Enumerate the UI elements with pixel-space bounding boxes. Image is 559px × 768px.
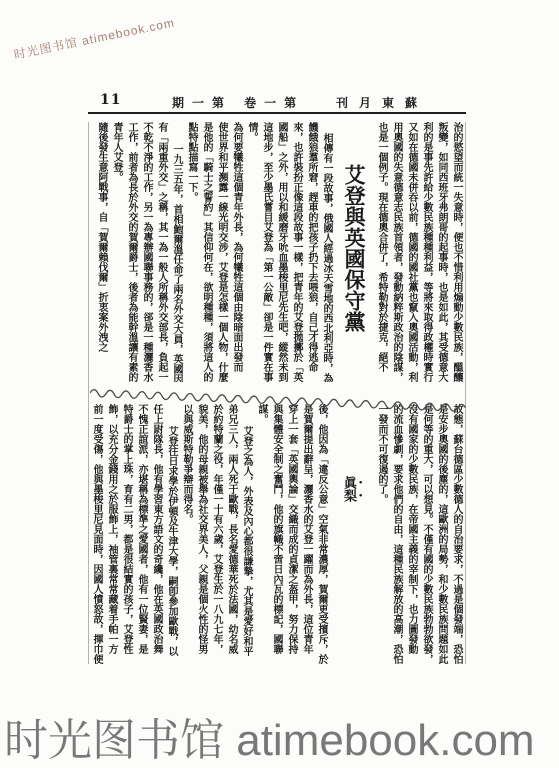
text-column: 是賀爾提出辭呈，灑香水的艾登一躍而為外長，這位青年 [299,404,314,664]
lower-text-band: 故態，蘇台德區少數德人的自治要求，不過是個發端，恐怕 是安步奧國的後塵的，這歐洲… [90,404,464,664]
text-column: 使世界和平瀕露一線光明交涉，艾登是怎樣一個人物，什麼 [214,122,229,382]
text-column: 青年人艾登。 [109,122,124,382]
text-column: 有「兩重外交」之稱，其一為一般人所稱外交部長，負起一切 [154,122,169,382]
text-column: 利的是事先許給少數民族種種利益，等將來取得政權時實行 [419,122,434,382]
text-column: 來，也許裝扮正像這段故事一樣，把青年的艾登拋擲於「英 [289,122,304,382]
text-column: 隨後發生意阿戰事，自「賀爾賴伐爾」折衷案外洩之 [94,122,109,382]
text-column: 相傳有一段故事，俄國人經過冰天雪地的西北利亞時，為 [319,122,334,382]
text-column: 叛變，如同西班牙弗朗哥的起事時，也是如此，其受德意大 [434,122,449,382]
text-column: 也是一個例子。現在德奧合併了，希特勒對於捷克，絕不 [374,122,389,382]
text-column: 治的慾望而統一失意時，便也不惜利用煽動少數民族，醞釀 [449,122,464,382]
scanned-magazine-page: 时光图书馆 atimebook.com 11 第一卷 第一期 蘇東月刊 治的慾望… [0,0,559,768]
text-area: 治的慾望而統一失意時，便也不惜利用煽動少數民族，醞釀 叛變，如同西班牙弗朗哥的起… [88,122,466,664]
text-column: 沒有國家的少數民族，在帝國主義的宰制下，也力圖發動 [404,404,419,664]
text-column: 任上尉隊長，他有學習東方語文的奇纔，他在英國政治舞 [149,404,164,664]
text-column: 這地步，至少墨氏嘗目艾登為「第一公敵」卻是一件實在事 [259,122,274,382]
text-column: 特爵士的掌上珠，育有二男，都是很結實的孩子，艾登性 [119,404,134,664]
journal-title: 蘇東月刊 [336,94,428,111]
text-column: 飾，以充分金錢用之於服飾上，袖管裏常常藏着手帕一方 [104,404,119,664]
wavy-separator [90,382,464,404]
text-column: 後，他因為「違反公意」空氣非常濃厚，賀爾更受擯斥，於 [314,404,329,664]
text-column: 弟兄三人，兩人死于歐戰，長名愛德華死於法國，幼名威 [224,404,239,664]
upper-text-band: 治的慾望而統一失意時，便也不惜利用煽動少數民族，醞釀 叛變，如同西班牙弗朗哥的起… [90,122,464,382]
text-column: 工作，前者為長於外交的賀爾爵士，後者為能幹溫讓有素的 [124,122,139,382]
watermark-site-name: 时光图书馆 [4,716,224,765]
bottom-watermark: 时光图书馆 atimebook.com [4,704,535,768]
text-column: 艾登往日求學於伊頓及牛津大學，嗣卽參加歐戰，以 [164,404,179,664]
text-column: 情。 [244,122,259,382]
text-column: 故態，蘇台德區少數德人的自治要求，不過是個發端，恐怕 [449,404,464,664]
text-column: 的流血慘劇，要求他們的自由，這種民族解放的高潮，恐怕 [389,404,404,664]
text-column: 前一度受傷，他與墨梭里尼見面時，因國人憤怒故，揮巾便 [90,404,104,664]
text-column: 與集體安全制之奮鬥，他的旗幟不啻日內瓦的標記，國聯 [269,404,284,664]
text-column: 饑餓狼羣所窘，趕車的把孩子扔下去喂狼，自己才得逃命 [304,122,319,382]
watermark-site-url: atimebook.com [81,15,176,48]
text-column: 謀。 [254,404,269,664]
text-column: 穿上一套「英國輿論」交織而成的貞潔之盔甲，努力保持 [284,404,299,664]
text-column: 以與威斯特勒爭辯而得名。 [179,404,194,664]
article-title: 艾登與英國保守黨 [341,122,367,382]
text-column: 是何等的重大，可以想見。不僅有國的少數民族勃勃欲發， [419,404,434,664]
text-column: 貌美，他的母親被舉為社交界美人，父親是個火性的怪男 [194,404,209,664]
text-column: 用奧國的失意德意志民族首領者，發動納粹斯政治的陰謀， [389,122,404,382]
page-number: 11 [100,92,121,108]
text-column: 國船」之外，用以和緩磨牙吮血墨梭里尼先生吧，縱然未到 [274,122,289,382]
page-text-block: 11 第一卷 第一期 蘇東月刊 治的慾望而統一失意時，便也不惜利用煽動少數民族，… [88,90,466,664]
text-column: 點特點描寫一下。 [184,122,199,382]
text-column: 於約特蘭之役，年僅一十有六歲，艾登生於一八九七年， [209,404,224,664]
text-column: 是安步奧國的後塵的，這歐洲的局勢，和少數民族問題如此 [434,404,449,664]
text-column: 是他的「騎士之誓約」其信仰何在，欲明種種，須將這人的觀 [199,122,214,382]
page-header: 11 第一卷 第一期 蘇東月刊 [88,90,466,114]
article-author: 眞梨 [338,404,365,664]
diagonal-watermark: 时光图书馆 atimebook.com [12,14,176,63]
text-column: 不乾不淨的工作，另一為專辦國聯事務的，郤是一種灑香水 [139,122,154,382]
issue-label: 第一卷 第一期 [172,94,304,111]
watermark-site-name: 时光图书馆 [13,35,80,62]
text-column: 不愧正誼派，亦堪稱為標準之愛國者，他有一位賢妻，是 [134,404,149,664]
text-column: 一九三五年，首相鮑爾溫任命了兩名外交大員，英國因而 [169,122,184,382]
text-column: 一發而不可復遏的了。 [374,404,389,664]
text-column: 又如在德國未併吞以前，德國的國社黨也竄入奧國活動，利 [404,122,419,382]
text-column: 艾登之為人，外表及內心都很謙摯，尤其是愛好和平 [239,404,254,664]
text-column: 為何要犧牲這個青年外長，為何犧牲這個由陰暗面出發而 [229,122,244,382]
watermark-site-url: atimebook.com [236,716,534,765]
